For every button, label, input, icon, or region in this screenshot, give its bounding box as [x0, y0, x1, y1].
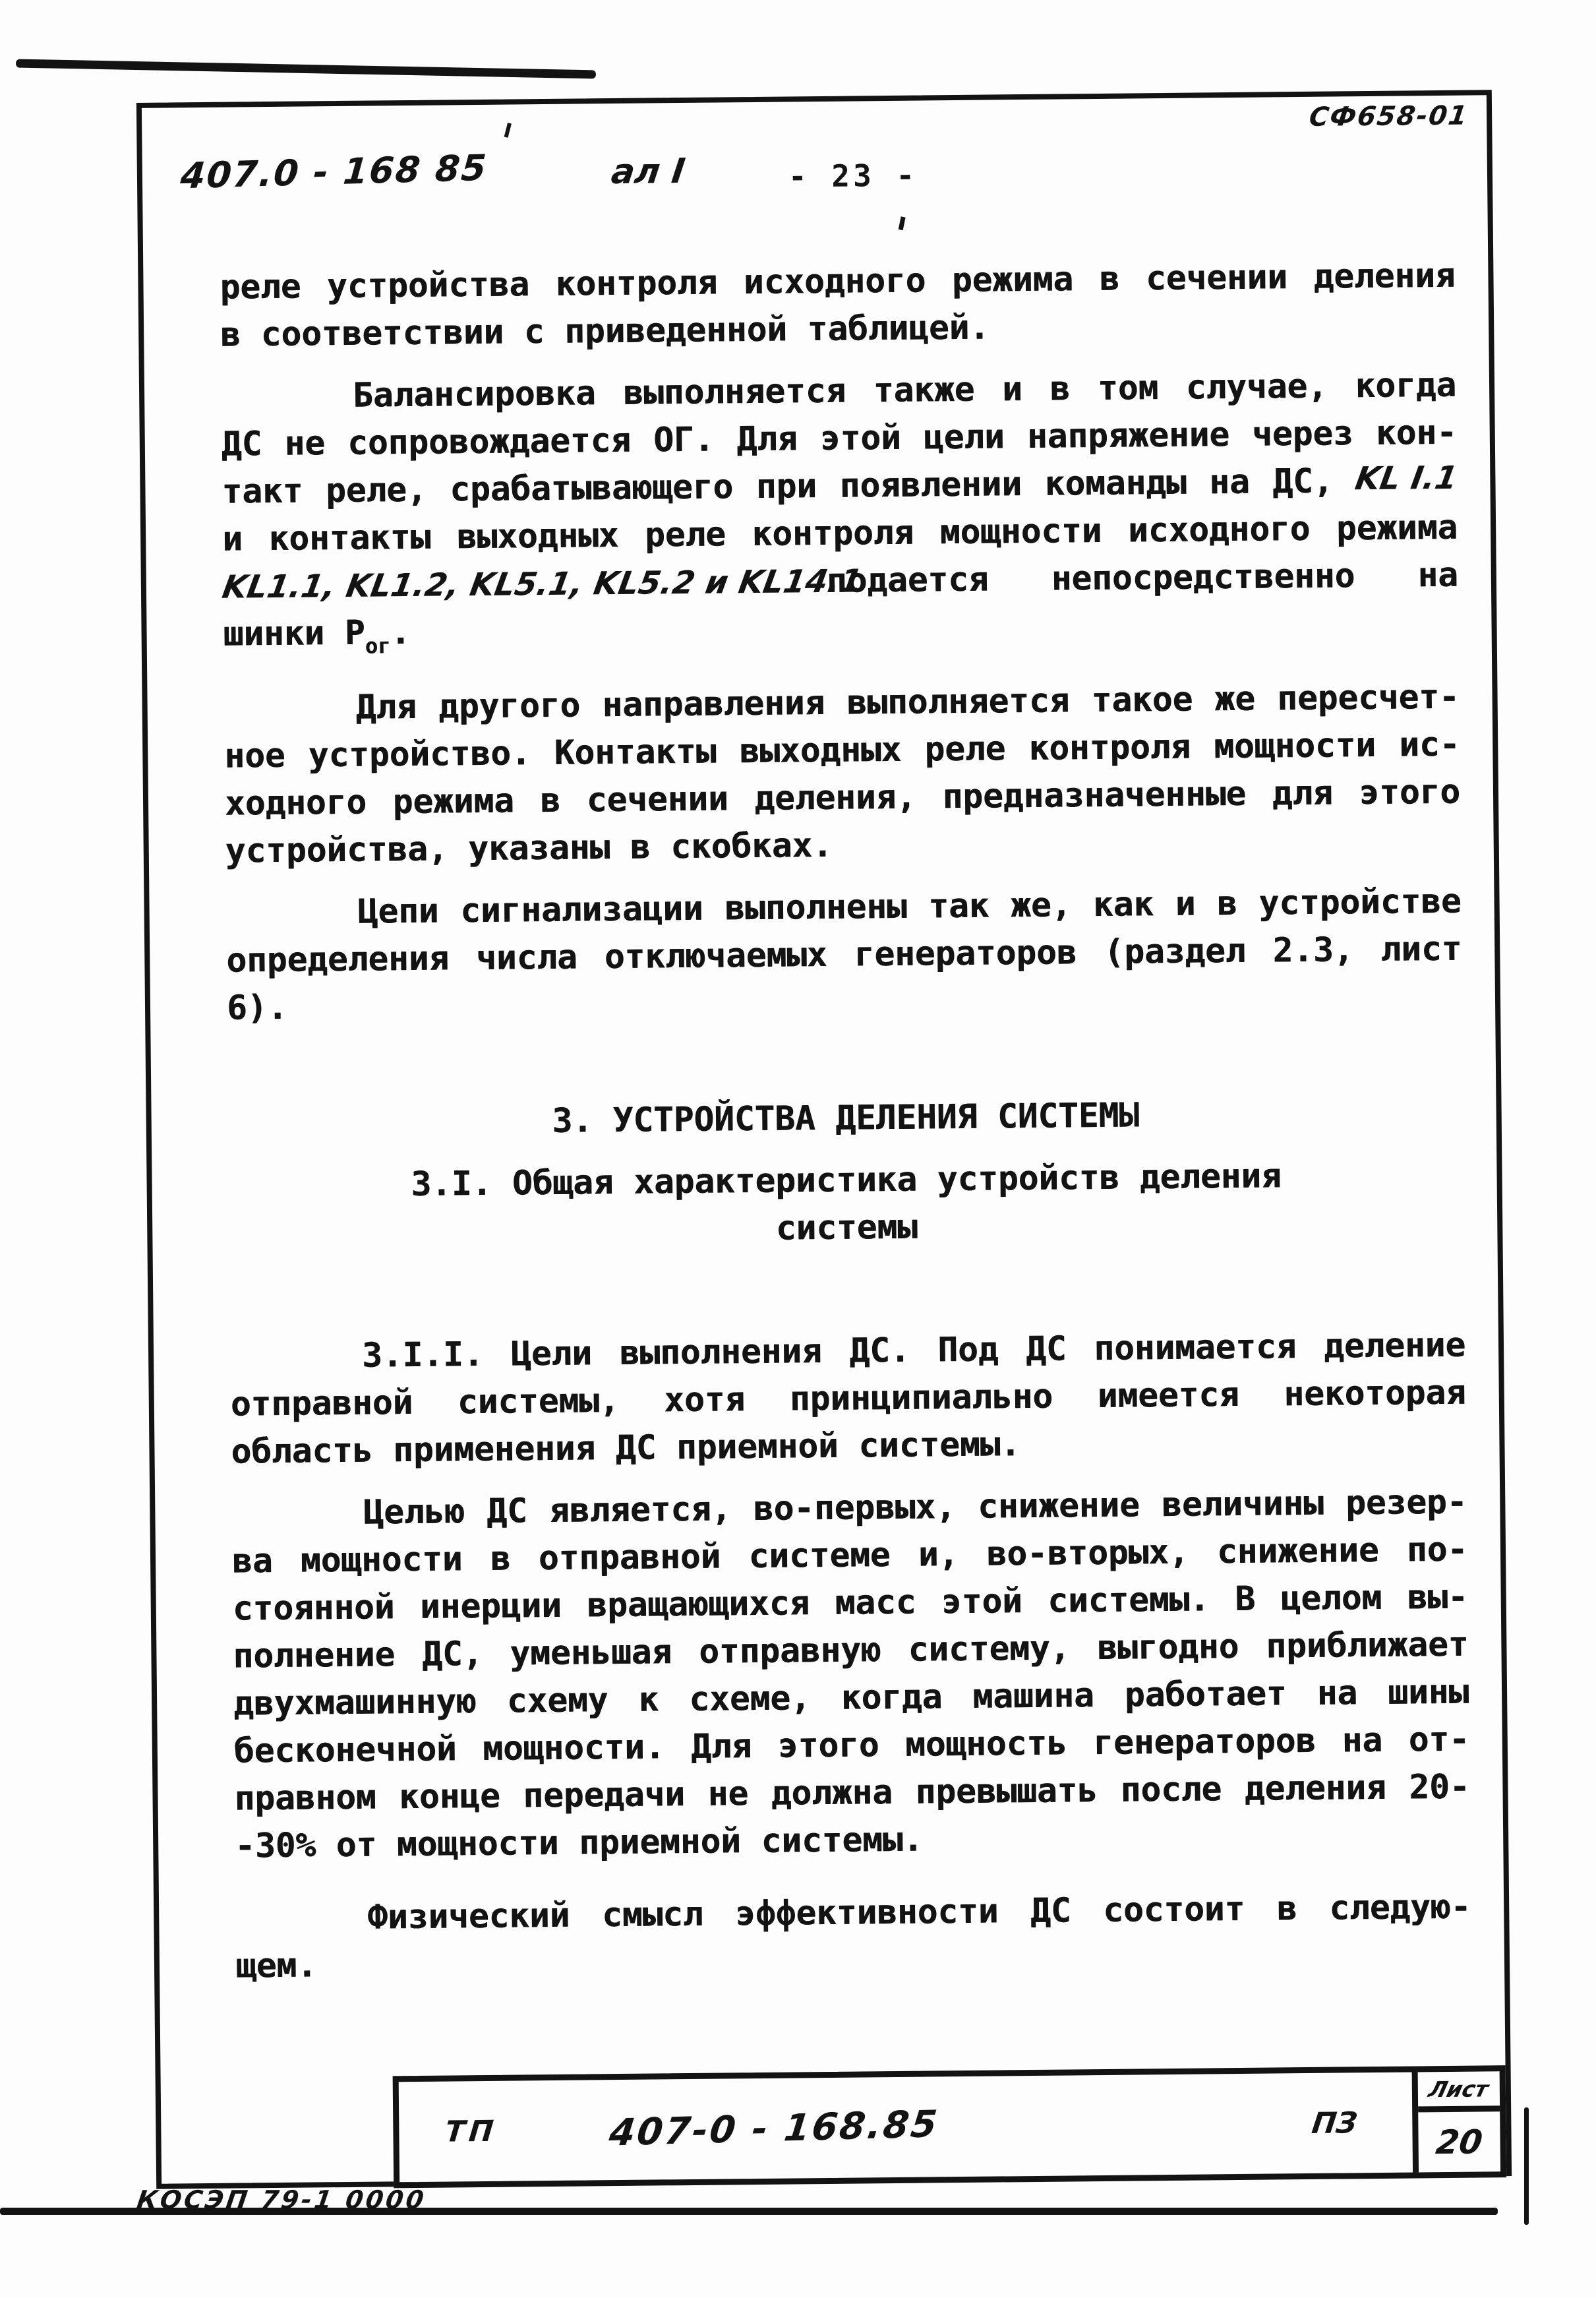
typed-text: шинки Р — [223, 614, 365, 654]
title-block-org-label: ТП — [444, 2114, 499, 2148]
typed-text: . — [390, 613, 411, 652]
sheet-label: Лист — [1418, 2071, 1500, 2112]
stamp-number: СФ658-01 — [1307, 101, 1470, 133]
title-block-doc-number: 407-0 - 168.85 — [607, 2102, 941, 2154]
page-number: - 23 - — [788, 158, 918, 195]
sheet-label-text: Лист — [1427, 2076, 1492, 2102]
title-block-main-cell: ТП 407-0 - 168.85 ПЗ — [399, 2072, 1413, 2183]
text-column: реле устройства контроля исходного режим… — [220, 253, 1471, 1991]
scan-speck — [504, 123, 512, 138]
handwritten-annotation: KL I.1 — [1351, 454, 1461, 503]
scan-artifact-top-line — [16, 59, 596, 79]
subscript-text: ог — [365, 633, 391, 658]
title-block-doc-type: ПЗ — [1310, 2106, 1359, 2140]
typed-text: подается непосредственно на — [827, 552, 1459, 605]
doc-number-annotation: 407.0 - 168 85 — [179, 147, 489, 197]
title-block: ТП 407-0 - 168.85 ПЗ Лист 20 — [393, 2065, 1507, 2188]
sheet-annotation: ал I — [609, 152, 687, 192]
text-line: шинки Рог. — [223, 599, 1459, 671]
scan-speck — [899, 216, 906, 230]
scanned-page: СФ658-01 407.0 - 168 85 ал I - 23 - реле… — [0, 0, 1596, 2298]
section-heading: 3. УСТРОЙСТВА ДЕЛЕНИЯ СИСТЕМЫ — [227, 1089, 1463, 1149]
form-code-annotation: КОСЭП 79-1 0000 — [135, 2185, 428, 2214]
scan-artifact-right-line — [1524, 2107, 1529, 2225]
page-frame: СФ658-01 407.0 - 168 85 ал I - 23 - реле… — [136, 90, 1512, 2189]
sheet-number: 20 — [1415, 2111, 1504, 2172]
handwritten-annotation: KL1.1, KL1.2, KL5.1, KL5.2 и KL14.1 — [219, 559, 778, 611]
title-block-sheet-cell: Лист 20 — [1412, 2071, 1500, 2172]
